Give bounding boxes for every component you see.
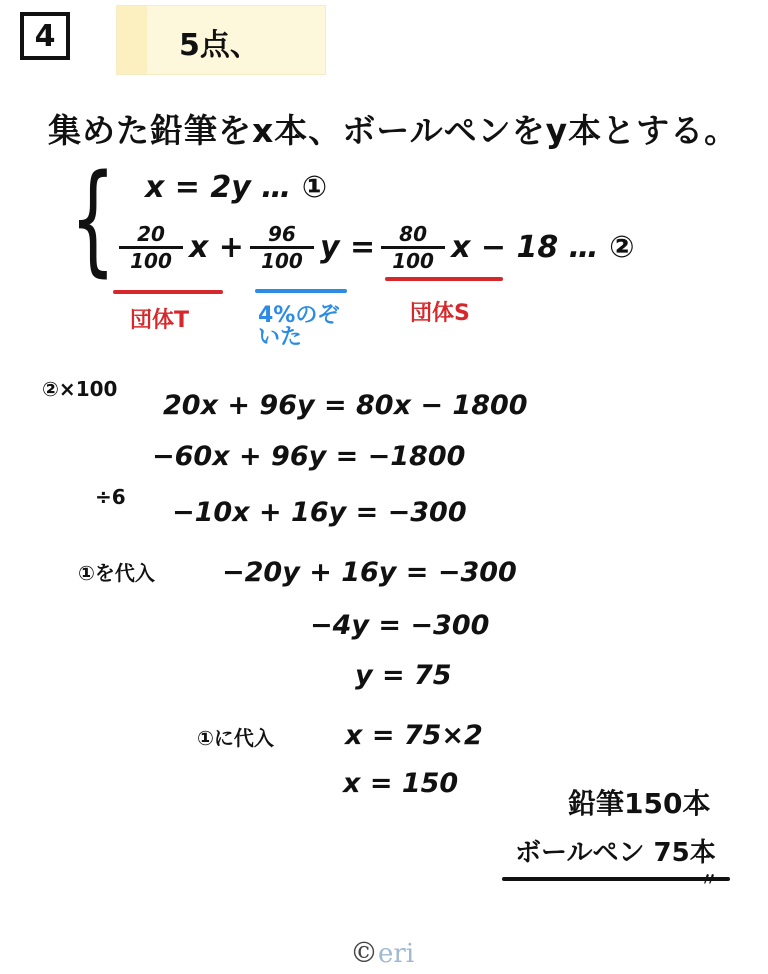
fraction-20-100: 20 100 [119, 222, 183, 273]
score-text: 5点、 [179, 20, 260, 64]
copyright: ©eri [350, 936, 414, 969]
annotation-group-t: 団体T [130, 303, 189, 334]
step-line: −60x + 96y = −1800 [152, 441, 465, 472]
answer-pens: ボールペン 75本 [515, 832, 716, 869]
score-note: 5点、 [116, 5, 326, 75]
step-line: x = 75×2 [345, 720, 483, 751]
equation-2: 20 100 x + 96 100 y = 80 100 x − 18 … ② [115, 222, 635, 273]
term2-variable: y = [320, 230, 375, 265]
numerator: 96 [268, 222, 296, 246]
step-label-times-100: ②×100 [42, 377, 117, 401]
term1-variable: x + [189, 230, 244, 265]
problem-setup: 集めた鉛筆をx本、ボールペンをy本とする。 [48, 105, 738, 152]
step-label-substitute: ①を代入 [78, 557, 155, 586]
answer-underline [502, 877, 730, 881]
note-stripe [117, 6, 147, 74]
red-underline-s [385, 277, 503, 281]
fraction-96-100: 96 100 [250, 222, 314, 273]
step-line: −4y = −300 [310, 610, 489, 641]
step-line: 20x + 96y = 80x − 1800 [163, 390, 528, 421]
question-number-box: 4 [20, 12, 70, 60]
blue-underline [255, 289, 347, 293]
numerator: 80 [399, 222, 427, 246]
red-underline-t [113, 290, 223, 294]
denominator: 100 [392, 249, 434, 273]
annotation-group-s: 団体S [410, 296, 470, 327]
system-brace: { [70, 160, 116, 280]
numerator: 20 [137, 222, 165, 246]
term3-variable: x − 18 … ② [451, 230, 634, 265]
y-result: y = 75 [355, 660, 452, 691]
equation-1: x = 2y … ① [145, 170, 327, 205]
step-line: −20y + 16y = −300 [222, 557, 517, 588]
annotation-4-percent: 4%のぞいた [258, 305, 358, 349]
denominator: 100 [261, 249, 303, 273]
step-line: −10x + 16y = −300 [172, 497, 467, 528]
copyright-icon: © [350, 936, 378, 969]
fraction-80-100: 80 100 [381, 222, 445, 273]
end-mark: 〃 [700, 866, 718, 892]
denominator: 100 [130, 249, 172, 273]
answer-pencils: 鉛筆150本 [568, 782, 710, 822]
question-number: 4 [35, 19, 56, 54]
author-name: eri [378, 939, 414, 969]
step-label-divide-6: ÷6 [95, 485, 126, 509]
x-result: x = 150 [343, 768, 458, 799]
step-label-substitute-2: ①に代入 [197, 722, 274, 751]
